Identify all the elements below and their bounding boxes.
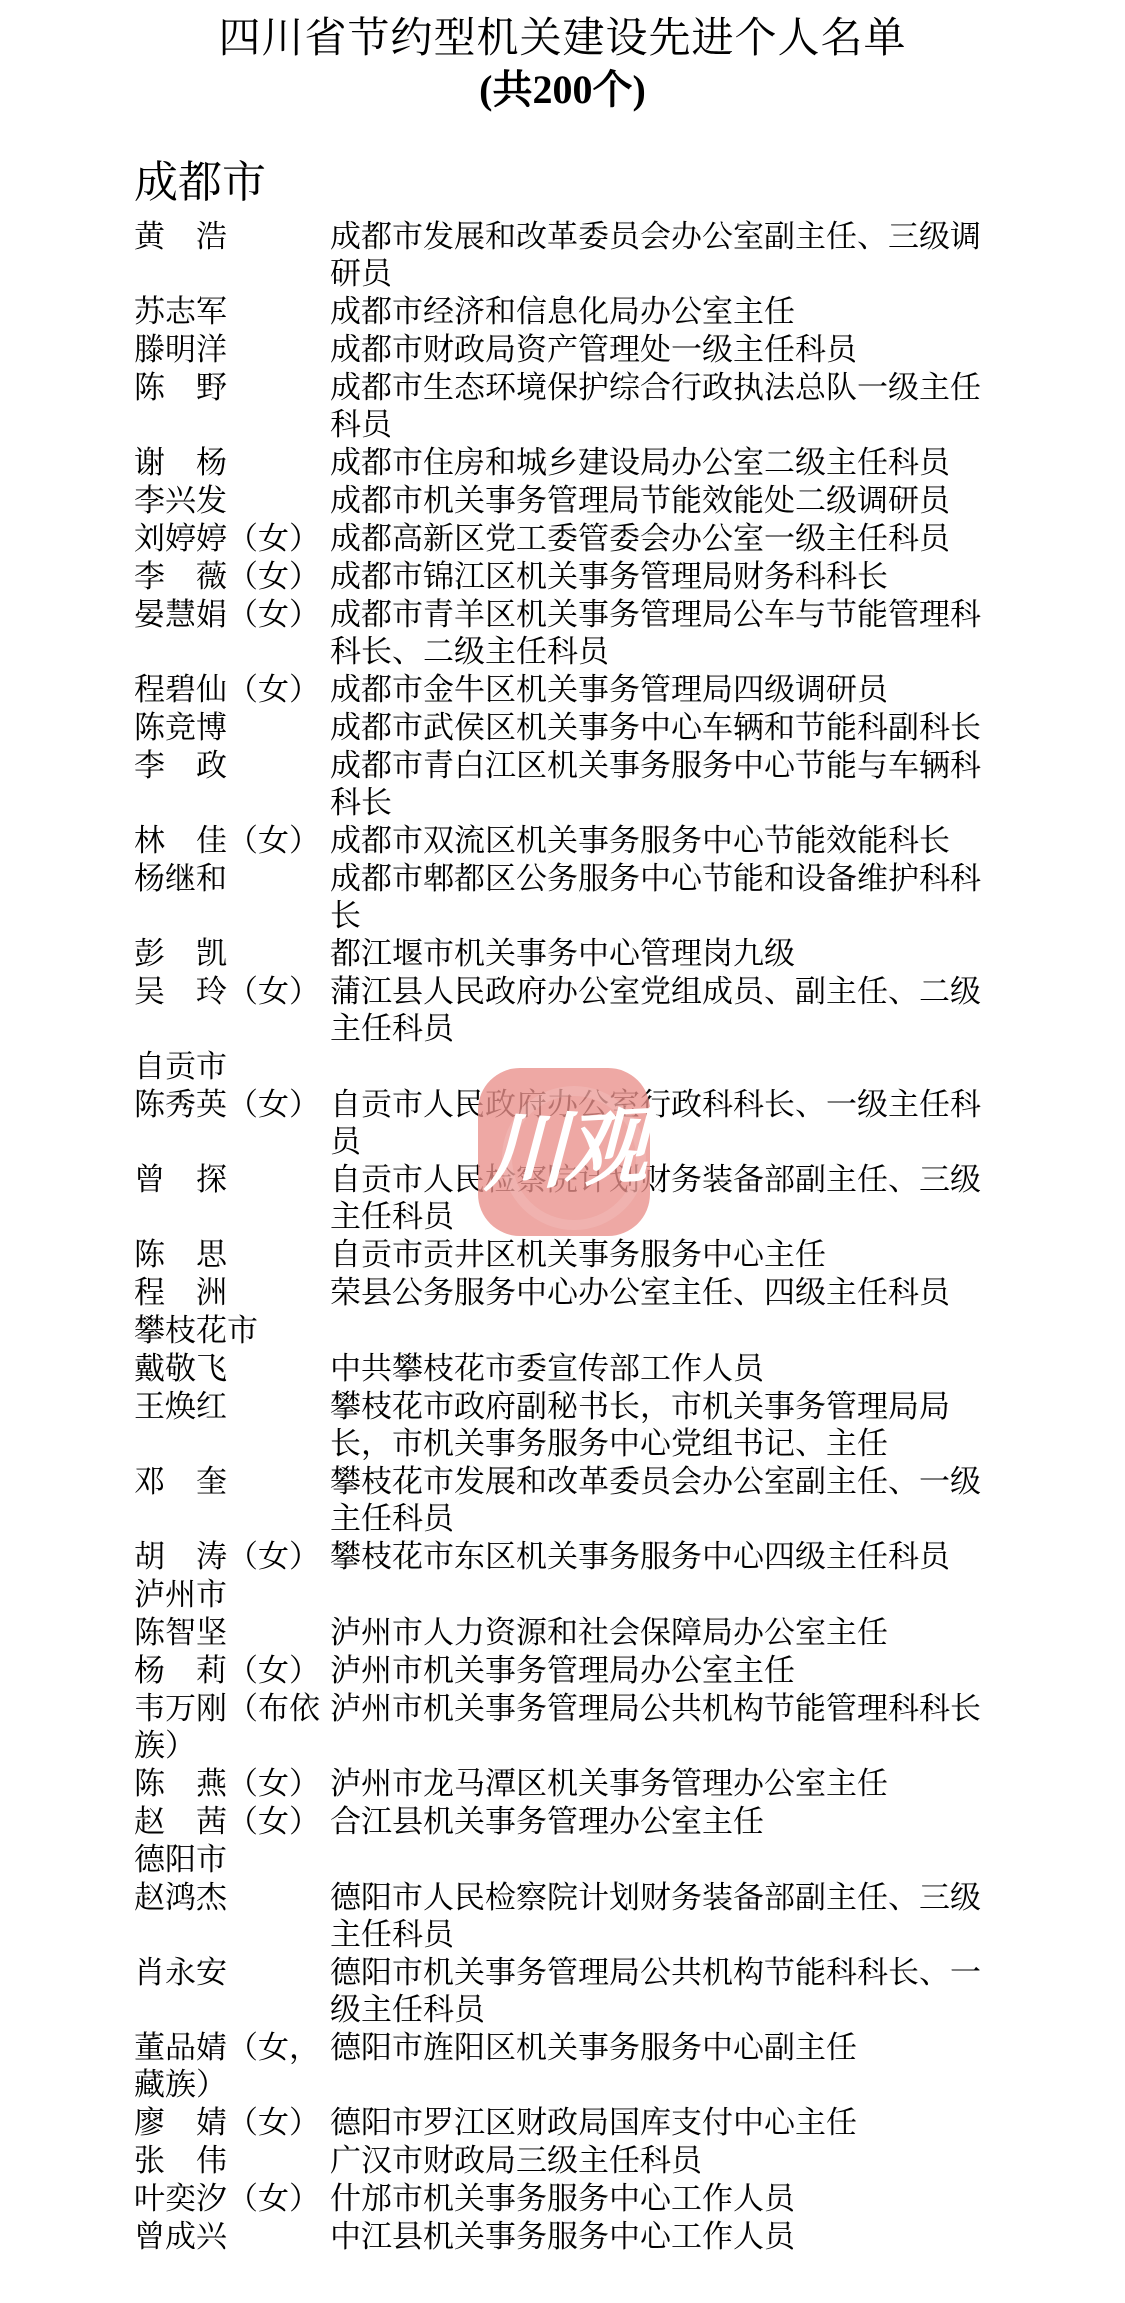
person-name: 胡 涛（女）: [134, 1538, 330, 1575]
person-name: 谢 杨: [134, 444, 330, 481]
list-item: 黄 浩成都市发展和改革委员会办公室副主任、三级调研员: [134, 218, 1005, 292]
list-item: 刘婷婷（女）成都高新区党工委管委会办公室一级主任科员: [134, 520, 1005, 557]
list-item: 赵 茜（女）合江县机关事务管理办公室主任: [134, 1803, 1005, 1840]
person-name: 彭 凯: [134, 935, 330, 972]
person-name: 李 薇（女）: [134, 558, 330, 595]
person-title: 自贡市人民检察院计划财务装备部副主任、三级主任科员: [330, 1161, 995, 1235]
person-title: 都江堰市机关事务中心管理岗九级: [330, 935, 995, 972]
section-header-city: 成都市: [134, 154, 1005, 212]
person-title: 成都市郫都区公务服务中心节能和设备维护科科长: [330, 860, 995, 934]
list-item: 曾成兴中江县机关事务服务中心工作人员: [134, 2218, 1005, 2255]
list-item: 林 佳（女）成都市双流区机关事务服务中心节能效能科长: [134, 822, 1005, 859]
person-title: 成都市发展和改革委员会办公室副主任、三级调研员: [330, 218, 995, 292]
list-item: 韦万刚（布依族）泸州市机关事务管理局公共机构节能管理科科长: [134, 1690, 1005, 1764]
person-name: 叶奕汐（女）: [134, 2180, 330, 2217]
person-title: 合江县机关事务管理办公室主任: [330, 1803, 995, 1840]
name-list: 成都市黄 浩成都市发展和改革委员会办公室副主任、三级调研员苏志军成都市经济和信息…: [0, 154, 1125, 2255]
list-item: 程碧仙（女）成都市金牛区机关事务管理局四级调研员: [134, 671, 1005, 708]
person-title: 自贡市人民政府办公室行政科科长、一级主任科员: [330, 1086, 995, 1160]
person-name: 苏志军: [134, 293, 330, 330]
person-title: 攀枝花市发展和改革委员会办公室副主任、一级主任科员: [330, 1463, 995, 1537]
person-name: 韦万刚（布依族）: [134, 1690, 330, 1764]
person-name: 赵鸿杰: [134, 1879, 330, 1916]
list-item: 张 伟广汉市财政局三级主任科员: [134, 2142, 1005, 2179]
person-name: 黄 浩: [134, 218, 330, 255]
list-item: 李 政成都市青白江区机关事务服务中心节能与车辆科科长: [134, 747, 1005, 821]
person-name: 戴敬飞: [134, 1350, 330, 1387]
person-name: 董品婧（女，藏族）: [134, 2029, 330, 2103]
person-name: 吴 玲（女）: [134, 973, 330, 1010]
person-name: 廖 婧（女）: [134, 2104, 330, 2141]
person-title: 泸州市机关事务管理局公共机构节能管理科科长: [330, 1690, 995, 1727]
person-title: 成都市经济和信息化局办公室主任: [330, 293, 995, 330]
list-item: 陈秀英（女）自贡市人民政府办公室行政科科长、一级主任科员: [134, 1086, 1005, 1160]
list-item: 赵鸿杰德阳市人民检察院计划财务装备部副主任、三级主任科员: [134, 1879, 1005, 1953]
person-title: 德阳市罗江区财政局国库支付中心主任: [330, 2104, 995, 2141]
list-item: 陈 思自贡市贡井区机关事务服务中心主任: [134, 1236, 1005, 1273]
person-name: 曾 探: [134, 1161, 330, 1198]
person-title: 泸州市机关事务管理局办公室主任: [330, 1652, 995, 1689]
person-name: 肖永安: [134, 1954, 330, 1991]
section-header-city: 自贡市: [134, 1048, 1005, 1085]
person-name: 陈智坚: [134, 1614, 330, 1651]
person-name: 陈 野: [134, 369, 330, 406]
person-name: 杨 莉（女）: [134, 1652, 330, 1689]
list-item: 彭 凯都江堰市机关事务中心管理岗九级: [134, 935, 1005, 972]
person-title: 成都市锦江区机关事务管理局财务科科长: [330, 558, 995, 595]
list-item: 李 薇（女）成都市锦江区机关事务管理局财务科科长: [134, 558, 1005, 595]
person-name: 杨继和: [134, 860, 330, 897]
list-item: 戴敬飞中共攀枝花市委宣传部工作人员: [134, 1350, 1005, 1387]
list-item: 吴 玲（女）蒲江县人民政府办公室党组成员、副主任、二级主任科员: [134, 973, 1005, 1047]
list-item: 晏慧娟（女）成都市青羊区机关事务管理局公车与节能管理科科长、二级主任科员: [134, 596, 1005, 670]
person-name: 王焕红: [134, 1388, 330, 1425]
person-name: 张 伟: [134, 2142, 330, 2179]
person-name: 李兴发: [134, 482, 330, 519]
person-title: 德阳市人民检察院计划财务装备部副主任、三级主任科员: [330, 1879, 995, 1953]
list-item: 陈竞博成都市武侯区机关事务中心车辆和节能科副科长: [134, 709, 1005, 746]
person-name: 滕明洋: [134, 331, 330, 368]
person-title: 成都市财政局资产管理处一级主任科员: [330, 331, 995, 368]
section-header-city: 德阳市: [134, 1841, 1005, 1878]
person-name: 邓 奎: [134, 1463, 330, 1500]
list-item: 廖 婧（女）德阳市罗江区财政局国库支付中心主任: [134, 2104, 1005, 2141]
list-item: 叶奕汐（女）什邡市机关事务服务中心工作人员: [134, 2180, 1005, 2217]
list-item: 董品婧（女，藏族）德阳市旌阳区机关事务服务中心副主任: [134, 2029, 1005, 2103]
person-title: 成都市住房和城乡建设局办公室二级主任科员: [330, 444, 995, 481]
person-name: 曾成兴: [134, 2218, 330, 2255]
person-title: 德阳市旌阳区机关事务服务中心副主任: [330, 2029, 995, 2066]
list-item: 陈 野成都市生态环境保护综合行政执法总队一级主任科员: [134, 369, 1005, 443]
person-title: 成都市青羊区机关事务管理局公车与节能管理科科长、二级主任科员: [330, 596, 995, 670]
person-title: 成都市金牛区机关事务管理局四级调研员: [330, 671, 995, 708]
list-item: 肖永安德阳市机关事务管理局公共机构节能科科长、一级主任科员: [134, 1954, 1005, 2028]
person-name: 赵 茜（女）: [134, 1803, 330, 1840]
list-item: 王焕红攀枝花市政府副秘书长，市机关事务管理局局长，市机关事务服务中心党组书记、主…: [134, 1388, 1005, 1462]
person-name: 刘婷婷（女）: [134, 520, 330, 557]
section-header-city: 攀枝花市: [134, 1312, 1005, 1349]
list-item: 杨继和成都市郫都区公务服务中心节能和设备维护科科长: [134, 860, 1005, 934]
person-name: 李 政: [134, 747, 330, 784]
list-item: 邓 奎攀枝花市发展和改革委员会办公室副主任、一级主任科员: [134, 1463, 1005, 1537]
person-name: 陈秀英（女）: [134, 1086, 330, 1123]
person-title: 攀枝花市政府副秘书长，市机关事务管理局局长，市机关事务服务中心党组书记、主任: [330, 1388, 995, 1462]
list-item: 陈智坚泸州市人力资源和社会保障局办公室主任: [134, 1614, 1005, 1651]
section-header-city: 泸州市: [134, 1576, 1005, 1613]
list-item: 苏志军成都市经济和信息化局办公室主任: [134, 293, 1005, 330]
list-item: 杨 莉（女）泸州市机关事务管理局办公室主任: [134, 1652, 1005, 1689]
person-name: 程 洲: [134, 1274, 330, 1311]
person-title: 德阳市机关事务管理局公共机构节能科科长、一级主任科员: [330, 1954, 995, 2028]
person-title: 泸州市龙马潭区机关事务管理办公室主任: [330, 1765, 995, 1802]
person-title: 泸州市人力资源和社会保障局办公室主任: [330, 1614, 995, 1651]
list-item: 程 洲荣县公务服务中心办公室主任、四级主任科员: [134, 1274, 1005, 1311]
person-title: 什邡市机关事务服务中心工作人员: [330, 2180, 995, 2217]
document-header: 四川省节约型机关建设先进个人名单 (共200个): [0, 0, 1125, 116]
person-title: 蒲江县人民政府办公室党组成员、副主任、二级主任科员: [330, 973, 995, 1047]
person-title: 成都市武侯区机关事务中心车辆和节能科副科长: [330, 709, 995, 746]
list-item: 曾 探自贡市人民检察院计划财务装备部副主任、三级主任科员: [134, 1161, 1005, 1235]
list-item: 滕明洋成都市财政局资产管理处一级主任科员: [134, 331, 1005, 368]
person-title: 中共攀枝花市委宣传部工作人员: [330, 1350, 995, 1387]
person-name: 晏慧娟（女）: [134, 596, 330, 633]
person-title: 成都市双流区机关事务服务中心节能效能科长: [330, 822, 995, 859]
person-title: 攀枝花市东区机关事务服务中心四级主任科员: [330, 1538, 995, 1575]
person-title: 中江县机关事务服务中心工作人员: [330, 2218, 995, 2255]
person-name: 陈 思: [134, 1236, 330, 1273]
person-title: 成都市生态环境保护综合行政执法总队一级主任科员: [330, 369, 995, 443]
person-title: 成都市机关事务管理局节能效能处二级调研员: [330, 482, 995, 519]
person-title: 成都市青白江区机关事务服务中心节能与车辆科科长: [330, 747, 995, 821]
person-title: 广汉市财政局三级主任科员: [330, 2142, 995, 2179]
list-item: 李兴发成都市机关事务管理局节能效能处二级调研员: [134, 482, 1005, 519]
document-title: 四川省节约型机关建设先进个人名单: [0, 0, 1125, 64]
person-title: 荣县公务服务中心办公室主任、四级主任科员: [330, 1274, 995, 1311]
document-page: 四川省节约型机关建设先进个人名单 (共200个) 成都市黄 浩成都市发展和改革委…: [0, 0, 1125, 2303]
list-item: 胡 涛（女）攀枝花市东区机关事务服务中心四级主任科员: [134, 1538, 1005, 1575]
person-name: 陈竞博: [134, 709, 330, 746]
document-subtitle: (共200个): [0, 64, 1125, 116]
person-title: 成都高新区党工委管委会办公室一级主任科员: [330, 520, 995, 557]
person-name: 林 佳（女）: [134, 822, 330, 859]
person-name: 陈 燕（女）: [134, 1765, 330, 1802]
list-item: 陈 燕（女）泸州市龙马潭区机关事务管理办公室主任: [134, 1765, 1005, 1802]
list-item: 谢 杨成都市住房和城乡建设局办公室二级主任科员: [134, 444, 1005, 481]
person-title: 自贡市贡井区机关事务服务中心主任: [330, 1236, 995, 1273]
person-name: 程碧仙（女）: [134, 671, 330, 708]
